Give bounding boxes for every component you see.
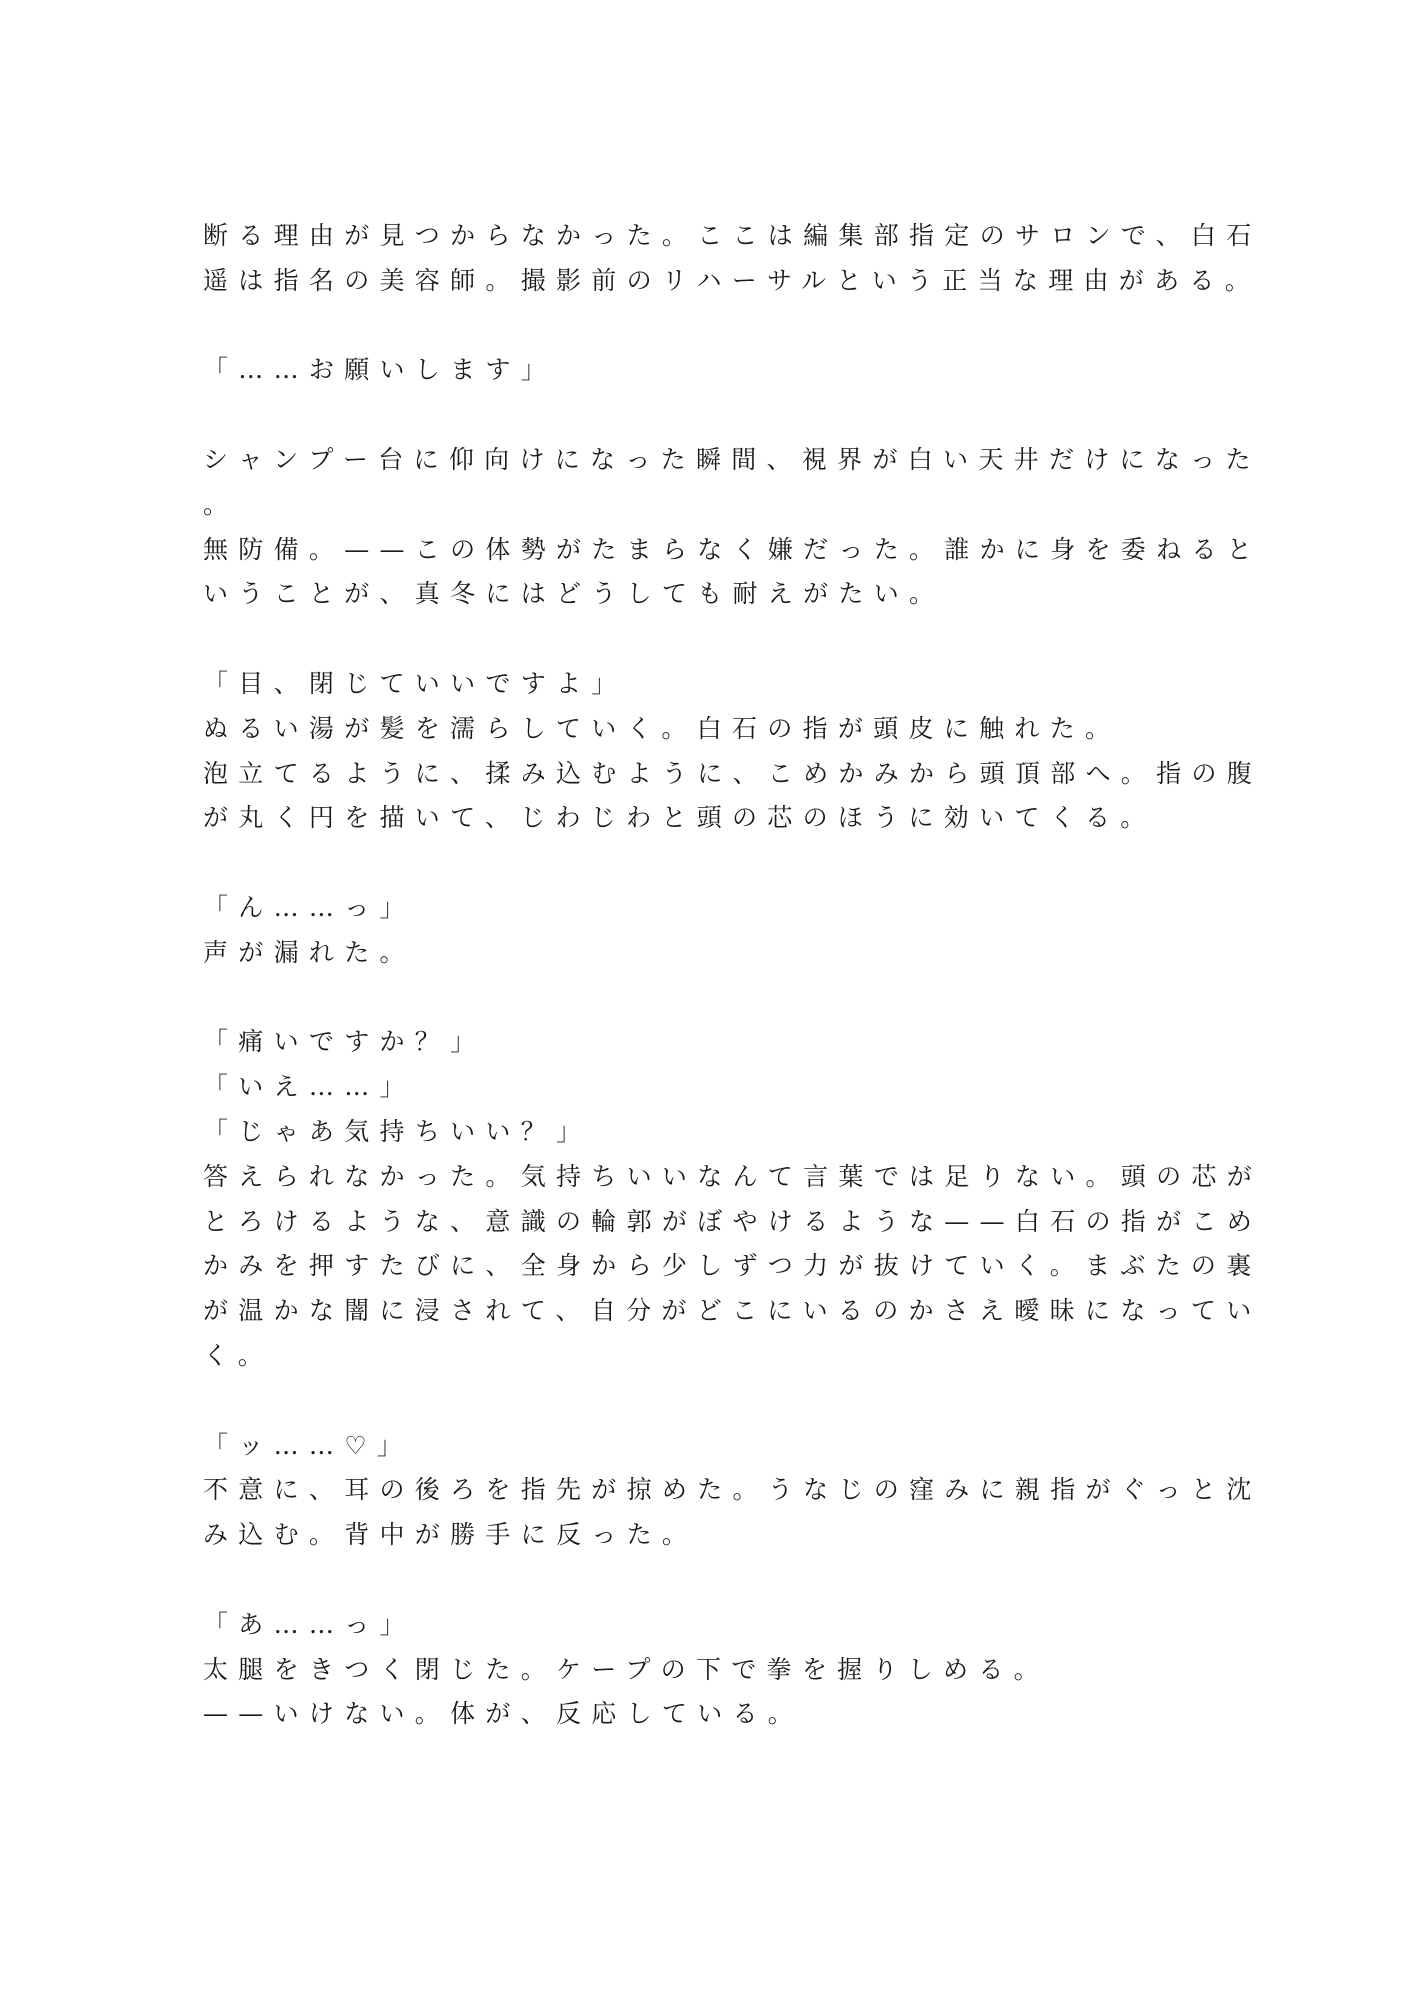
blank-line	[203, 1379, 1183, 1424]
text-line: 。	[203, 483, 1183, 528]
dialogue-line: 「目、閉じていいですよ」	[203, 662, 1183, 707]
text-line: が丸く円を描いて、じわじわと頭の芯のほうに効いてくる。	[203, 796, 1183, 841]
document-page: 断る理由が見つからなかった。ここは編集部指定のサロンで、白石 遥は指名の美容師。…	[0, 0, 1415, 2000]
blank-line	[203, 393, 1183, 438]
dialogue-line: 「いえ……」	[203, 1065, 1183, 1110]
blank-line	[203, 617, 1183, 662]
body-text: 断る理由が見つからなかった。ここは編集部指定のサロンで、白石 遥は指名の美容師。…	[203, 214, 1183, 1737]
text-line: が温かな闇に浸されて、自分がどこにいるのかさえ曖昧になってい	[203, 1289, 1183, 1334]
blank-line	[203, 304, 1183, 349]
text-line: 太腿をきつく閉じた。ケープの下で拳を握りしめる。	[203, 1648, 1183, 1693]
text-line: 答えられなかった。気持ちいいなんて言葉では足りない。頭の芯が	[203, 1155, 1183, 1200]
dialogue-line: 「ッ……♡」	[203, 1424, 1183, 1469]
text-line: 泡立てるように、揉み込むように、こめかみから頭頂部へ。指の腹	[203, 752, 1183, 797]
dialogue-line: 「ん……っ」	[203, 886, 1183, 931]
text-line: 声が漏れた。	[203, 931, 1183, 976]
text-line: シャンプー台に仰向けになった瞬間、視界が白い天井だけになった	[203, 438, 1183, 483]
text-line: いうことが、真冬にはどうしても耐えがたい。	[203, 572, 1183, 617]
text-line: 断る理由が見つからなかった。ここは編集部指定のサロンで、白石	[203, 214, 1183, 259]
text-line: く。	[203, 1334, 1183, 1379]
dialogue-line: 「あ……っ」	[203, 1603, 1183, 1648]
text-line: ——いけない。体が、反応している。	[203, 1692, 1183, 1737]
dialogue-line: 「痛いですか？」	[203, 1020, 1183, 1065]
text-line: とろけるような、意識の輪郭がぼやけるような——白石の指がこめ	[203, 1200, 1183, 1245]
dialogue-line: 「じゃあ気持ちいい？」	[203, 1110, 1183, 1155]
text-line: 遥は指名の美容師。撮影前のリハーサルという正当な理由がある。	[203, 259, 1183, 304]
blank-line	[203, 1558, 1183, 1603]
text-line: かみを押すたびに、全身から少しずつ力が抜けていく。まぶたの裏	[203, 1244, 1183, 1289]
text-line: 無防備。——この体勢がたまらなく嫌だった。誰かに身を委ねると	[203, 528, 1183, 573]
blank-line	[203, 976, 1183, 1021]
text-line: ぬるい湯が髪を濡らしていく。白石の指が頭皮に触れた。	[203, 707, 1183, 752]
dialogue-line: 「……お願いします」	[203, 348, 1183, 393]
text-line: 不意に、耳の後ろを指先が掠めた。うなじの窪みに親指がぐっと沈	[203, 1468, 1183, 1513]
text-line: み込む。背中が勝手に反った。	[203, 1513, 1183, 1558]
blank-line	[203, 841, 1183, 886]
